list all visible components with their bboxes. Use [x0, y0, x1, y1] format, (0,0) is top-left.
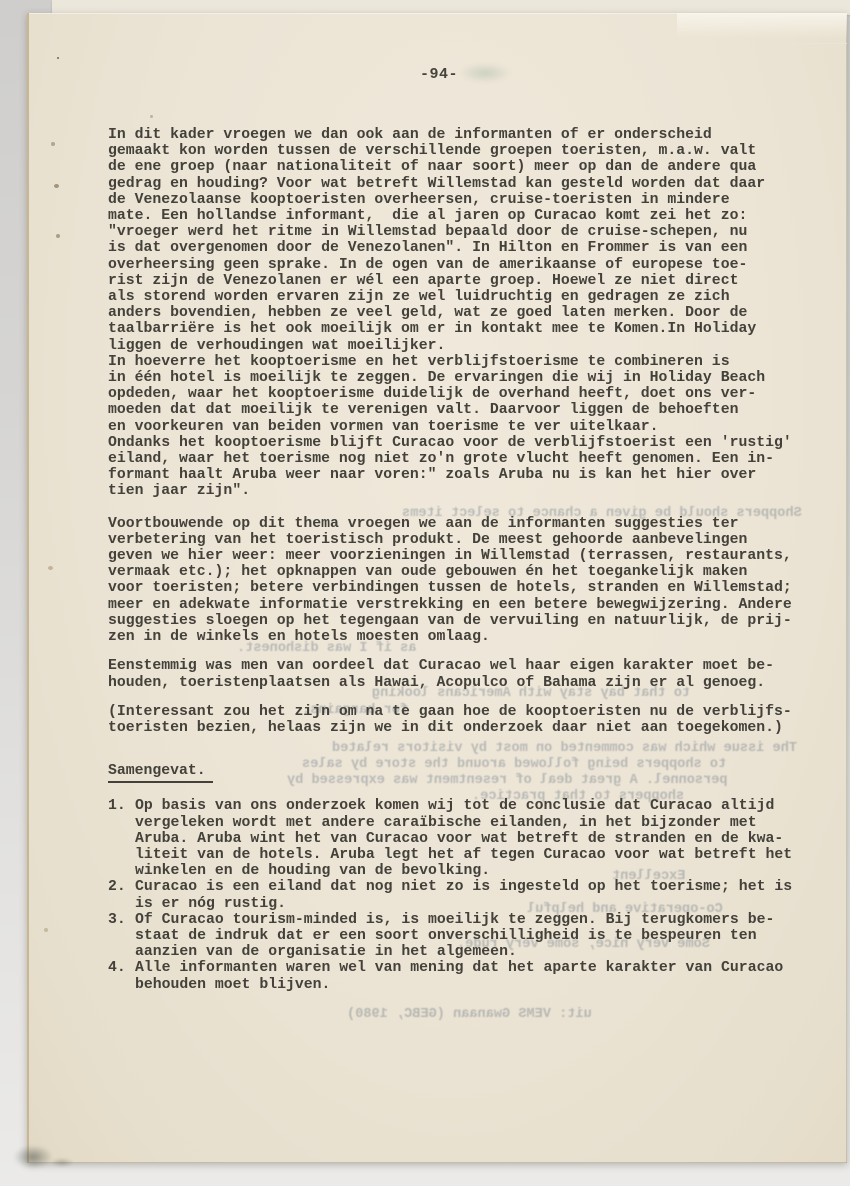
list-item-text: Op basis van ons onderzoek komen wij tot… — [135, 798, 792, 879]
list-item-number: 1. — [108, 798, 135, 814]
bleedthrough-text: uit: VEMS Gwanaan (GEBC, 1980) — [347, 1007, 592, 1023]
list-item: 4. Alle informanten waren wel van mening… — [108, 960, 808, 992]
paper-speck — [57, 57, 59, 59]
corner-fold — [677, 13, 847, 44]
list-item: 3. Of Curacao tourism-minded is, is moei… — [108, 912, 808, 961]
list-item-text: Curacao is een eiland dat nog niet zo is… — [135, 879, 792, 911]
page-number: -94- — [420, 66, 458, 83]
paper-speck — [150, 115, 153, 118]
page-body: In dit kader vroegen we dan ook aan de i… — [108, 127, 808, 993]
document-page: -94- Shoppers should be given a chance t… — [27, 13, 847, 1163]
list-item-text: Of Curacao tourism-minded is, is moeilij… — [135, 912, 774, 961]
corner-smudge — [51, 1158, 73, 1167]
list-item-number: 2. — [108, 879, 135, 895]
list-item-number: 4. — [108, 960, 135, 976]
scan-background: -94- Shoppers should be given a chance t… — [0, 0, 850, 1186]
heading-row: Samengevat. — [108, 763, 808, 783]
list-item-text: Alle informanten waren wel van mening da… — [135, 960, 783, 992]
paper-speck — [54, 184, 59, 188]
list-item: 1. Op basis van ons onderzoek komen wij … — [108, 798, 808, 879]
ink-smudge — [459, 63, 511, 83]
paper-speck — [56, 234, 60, 238]
paper-speck — [51, 142, 55, 146]
summary-list: 1. Op basis van ons onderzoek komen wij … — [108, 798, 808, 992]
list-item: 2. Curacao is een eiland dat nog niet zo… — [108, 879, 808, 911]
paragraph-character: Eenstemmig was men van oordeel dat Curac… — [108, 658, 808, 690]
paper-speck — [44, 928, 48, 932]
paper-speck — [48, 566, 53, 570]
corner-smudge — [13, 1145, 53, 1169]
paragraph-suggestions: Voortbouwende op dit thema vroegen we aa… — [108, 516, 808, 646]
section-heading: Samengevat. — [108, 763, 213, 783]
paragraph-remark: (Interessant zou het zijn om na te gaan … — [108, 704, 808, 736]
paragraph-tourist-groups: In dit kader vroegen we dan ook aan de i… — [108, 127, 808, 500]
list-item-number: 3. — [108, 912, 135, 928]
